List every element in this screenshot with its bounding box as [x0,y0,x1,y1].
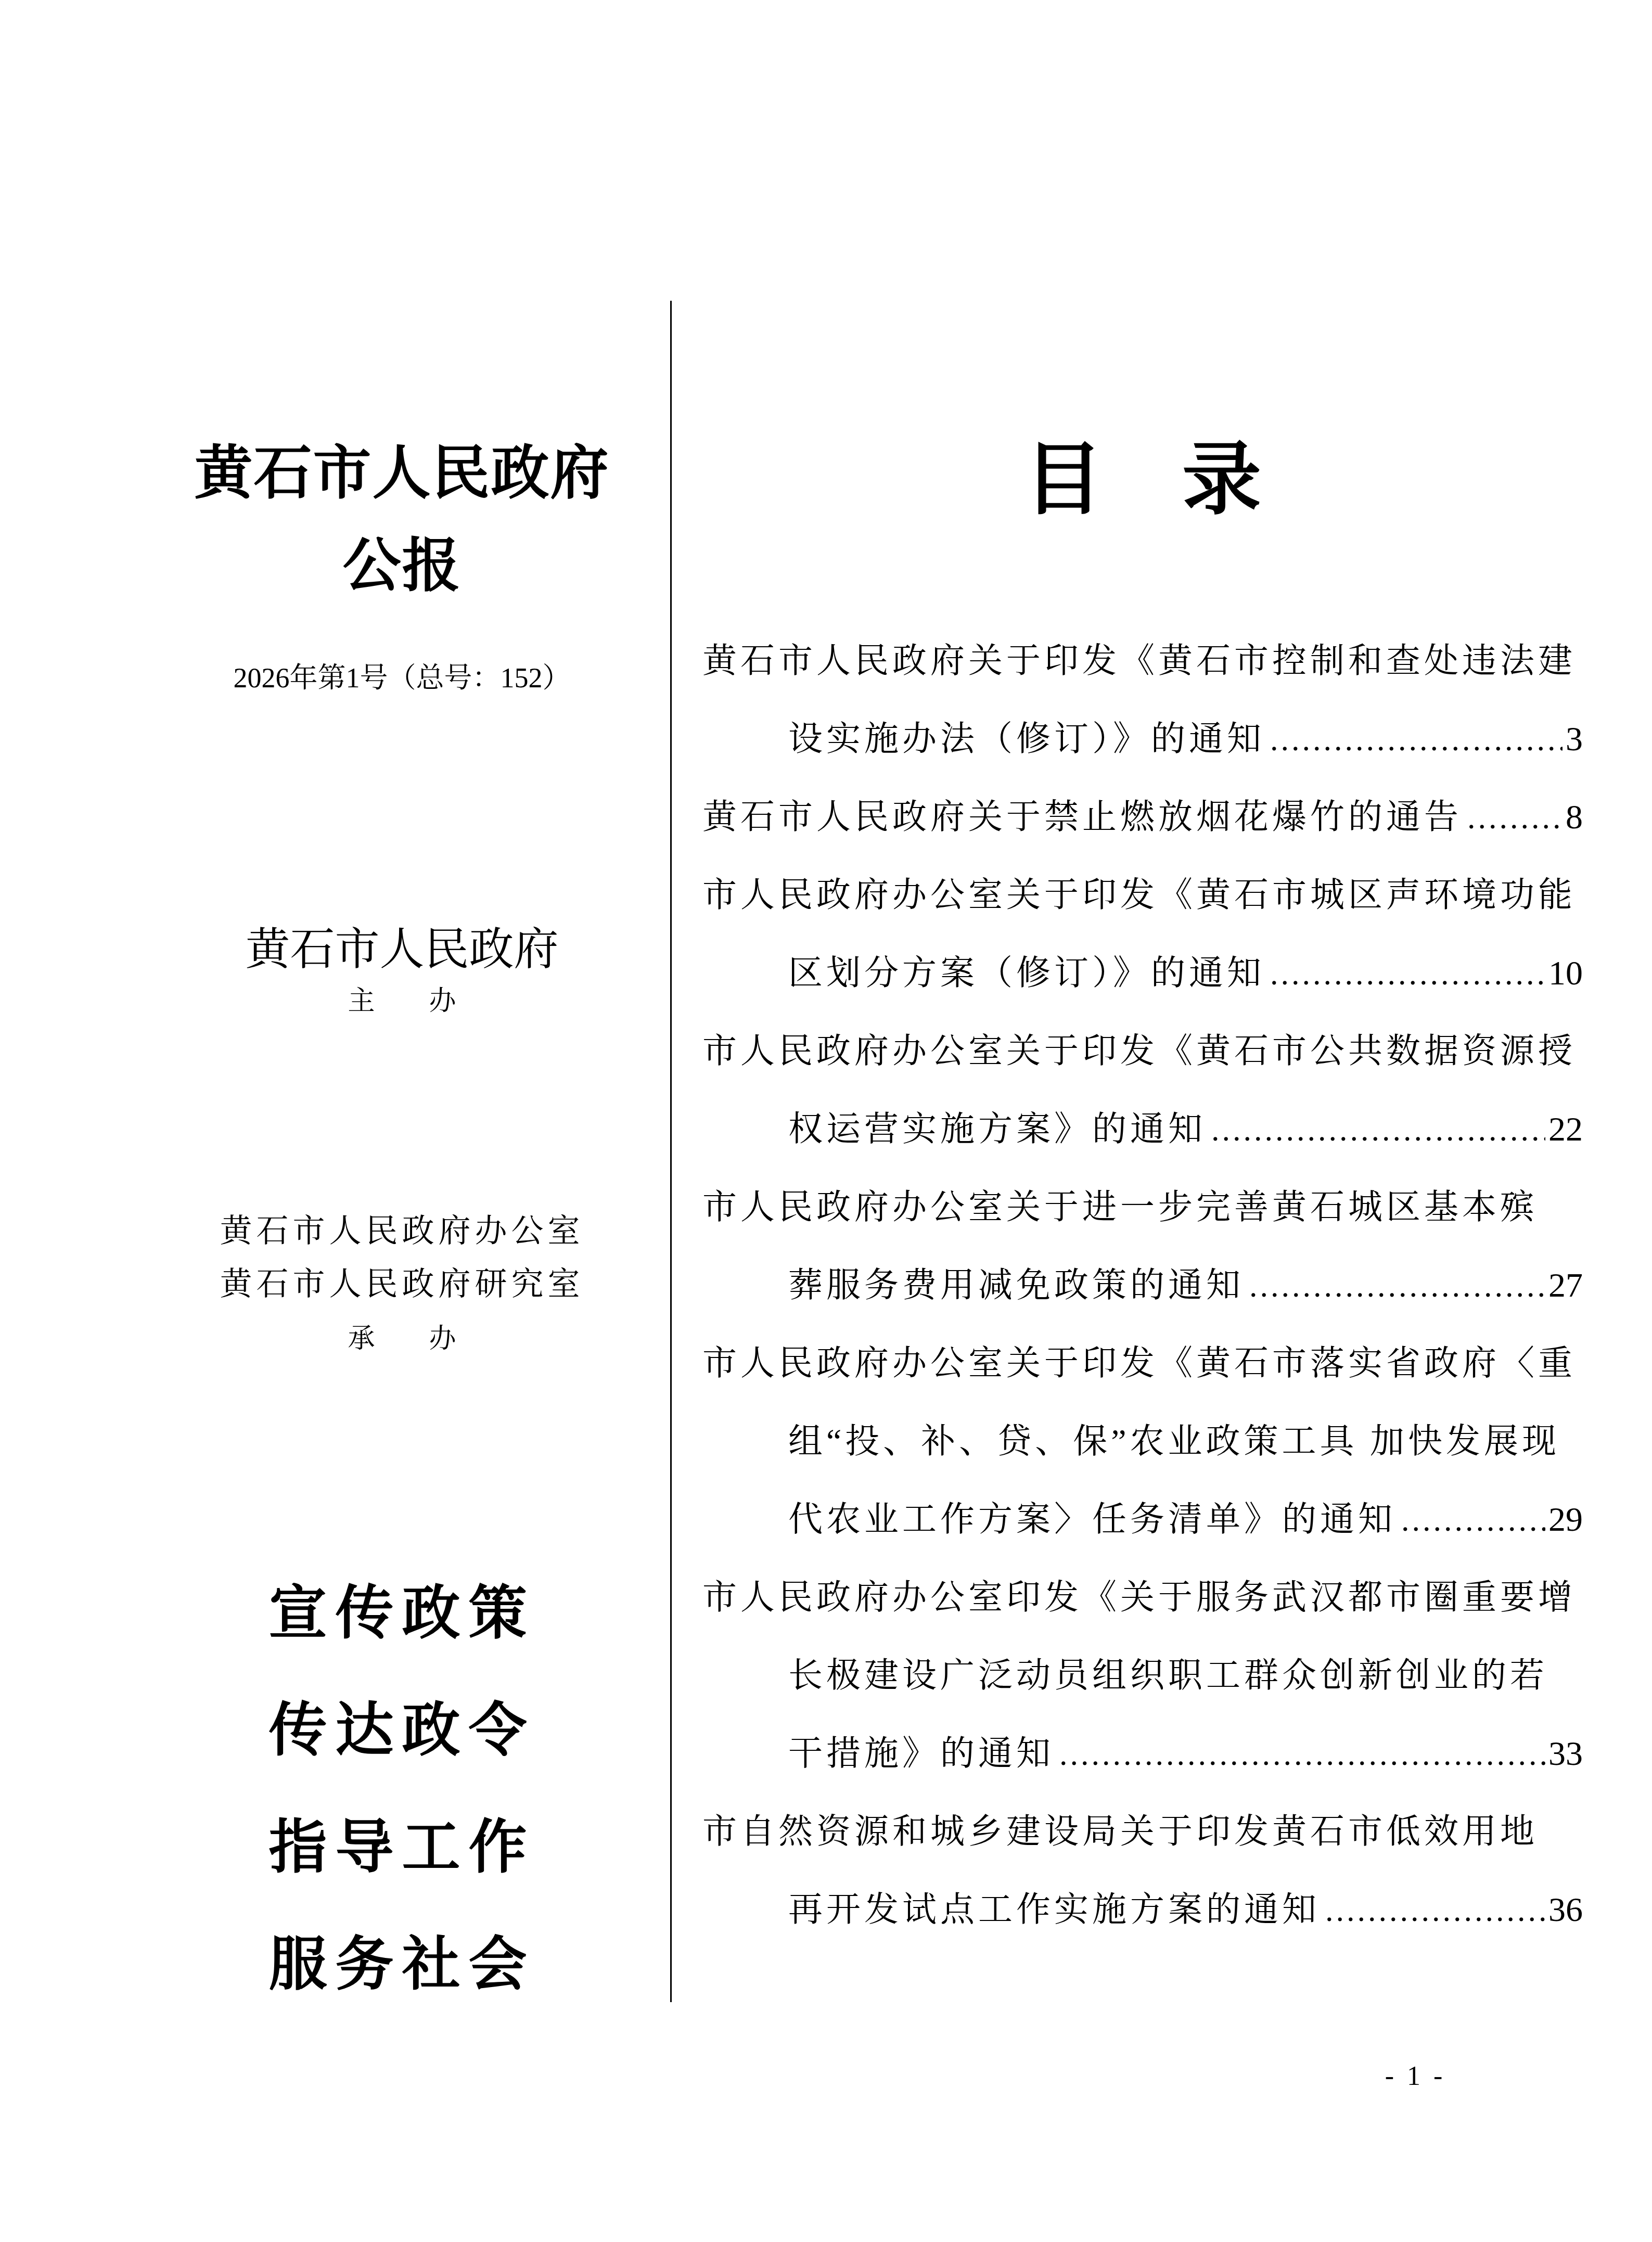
toc-entry-text: 组“投、补、贷、保”农业政策工具 加快发展现 [702,1403,1560,1481]
slogan-line-2: 传达政令 [151,1700,653,1817]
toc-line: 设实施办法（修订）》的通知 3 [702,700,1583,778]
toc-entry-text: 长极建设广泛动员组织职工群众创新创业的若 [702,1637,1548,1715]
toc-line: 市人民政府办公室关于印发《黄石市城区声环境功能 [702,856,1583,934]
toc-line: 市人民政府办公室关于印发《黄石市落实省政府〈重 [702,1325,1583,1403]
toc-entry-text: 市人民政府办公室关于进一步完善黄石城区基本殡 [702,1169,1538,1247]
undertaker-line1: 黄石市人民政府办公室 [151,1212,653,1251]
toc-line: 组“投、补、贷、保”农业政策工具 加快发展现 [702,1403,1583,1481]
toc-entry-text: 黄石市人民政府关于禁止燃放烟花爆竹的通告 [702,778,1462,856]
toc-entry-text: 市自然资源和城乡建设局关于印发黄石市低效用地 [702,1793,1538,1871]
slogans-block: 宣传政策 传达政令 指导工作 服务社会 [151,1583,653,2051]
toc-line: 市人民政府办公室印发《关于服务武汉都市圈重要增 [702,1559,1583,1637]
organizer-name: 黄石市人民政府 [151,924,653,976]
toc-entry-text: 黄石市人民政府关于印发《黄石市控制和查处违法建 [702,622,1576,700]
toc-line: 市自然资源和城乡建设局关于印发黄石市低效用地 [702,1793,1583,1871]
toc-line: 葬服务费用减免政策的通知 27 [702,1247,1583,1325]
dot-leader [1325,1872,1545,1950]
toc-page-number: 10 [1548,934,1583,1013]
toc-entry-text: 市人民政府办公室关于印发《黄石市城区声环境功能 [702,856,1576,934]
toc-entry-text: 市人民政府办公室关于印发《黄石市公共数据资源授 [702,1013,1576,1091]
toc-line: 市人民政府办公室关于进一步完善黄石城区基本殡 [702,1169,1583,1247]
toc-entry-text: 权运营实施方案》的通知 [702,1091,1206,1169]
issue-line: 2026年第1号（总号：152） [151,660,653,696]
dot-leader [1059,1715,1545,1793]
toc-entry-text: 市人民政府办公室印发《关于服务武汉都市圈重要增 [702,1559,1576,1637]
toc-column: 目 录 黄石市人民政府关于印发《黄石市控制和查处违法建 设实施办法（修订）》的通… [702,0,1583,2242]
toc-entry-text: 区划分方案（修订）》的通知 [702,934,1265,1013]
dot-leader [1270,935,1545,1013]
toc-page-number: 27 [1548,1247,1583,1325]
toc-title: 目 录 [702,436,1583,524]
toc-line: 黄石市人民政府关于印发《黄石市控制和查处违法建 [702,622,1583,700]
undertaker-line2: 黄石市人民政府研究室 [151,1265,653,1304]
toc-line: 区划分方案（修订）》的通知 10 [702,934,1583,1013]
toc-line: 权运营实施方案》的通知 22 [702,1091,1583,1169]
toc-line: 黄石市人民政府关于禁止燃放烟花爆竹的通告 8 [702,778,1583,856]
masthead-column: 黄石市人民政府 公报 2026年第1号（总号：152） 黄石市人民政府 主 办 … [151,0,653,2242]
dot-leader [1249,1247,1545,1325]
gazette-title-line1: 黄石市人民政府 [151,428,653,520]
vertical-divider [670,301,672,2002]
toc-page-number: 8 [1566,778,1583,856]
gazette-title-line2: 公报 [151,520,653,613]
slogan-line-1: 宣传政策 [151,1583,653,1700]
slogan-line-4: 服务社会 [151,1934,653,2051]
dot-leader [1401,1481,1545,1559]
toc-page-number: 29 [1548,1481,1583,1559]
toc-list: 黄石市人民政府关于印发《黄石市控制和查处违法建 设实施办法（修订）》的通知 3 … [702,622,1583,1949]
slogan-line-3: 指导工作 [151,1817,653,1934]
toc-line: 市人民政府办公室关于印发《黄石市公共数据资源授 [702,1013,1583,1091]
toc-line: 再开发试点工作实施方案的通知 36 [702,1871,1583,1949]
dot-leader [1467,779,1563,857]
toc-entry-text: 代农业工作方案〉任务清单》的通知 [702,1481,1396,1559]
toc-page-number: 3 [1566,700,1583,778]
gazette-cover-page: 黄石市人民政府 公报 2026年第1号（总号：152） 黄石市人民政府 主 办 … [0,0,1652,2242]
gazette-title: 黄石市人民政府 公报 [151,428,653,613]
toc-page-number: 22 [1548,1091,1583,1169]
page-number: - 1 - [1358,2058,1472,2095]
toc-entry-text: 葬服务费用减免政策的通知 [702,1247,1244,1325]
toc-line: 干措施》的通知 33 [702,1715,1583,1793]
toc-entry-text: 设实施办法（修订）》的通知 [702,700,1265,778]
toc-line: 长极建设广泛动员组织职工群众创新创业的若 [702,1637,1583,1715]
toc-entry-text: 干措施》的通知 [702,1715,1054,1793]
dot-leader [1211,1091,1545,1169]
toc-entry-text: 再开发试点工作实施方案的通知 [702,1871,1320,1949]
dot-leader [1270,701,1563,779]
toc-line: 代农业工作方案〉任务清单》的通知 29 [702,1481,1583,1559]
toc-entry-text: 市人民政府办公室关于印发《黄石市落实省政府〈重 [702,1325,1576,1403]
toc-page-number: 33 [1548,1715,1583,1793]
organizer-role: 主 办 [151,985,653,1018]
undertaker-role: 承 办 [151,1323,653,1356]
toc-page-number: 36 [1548,1871,1583,1949]
